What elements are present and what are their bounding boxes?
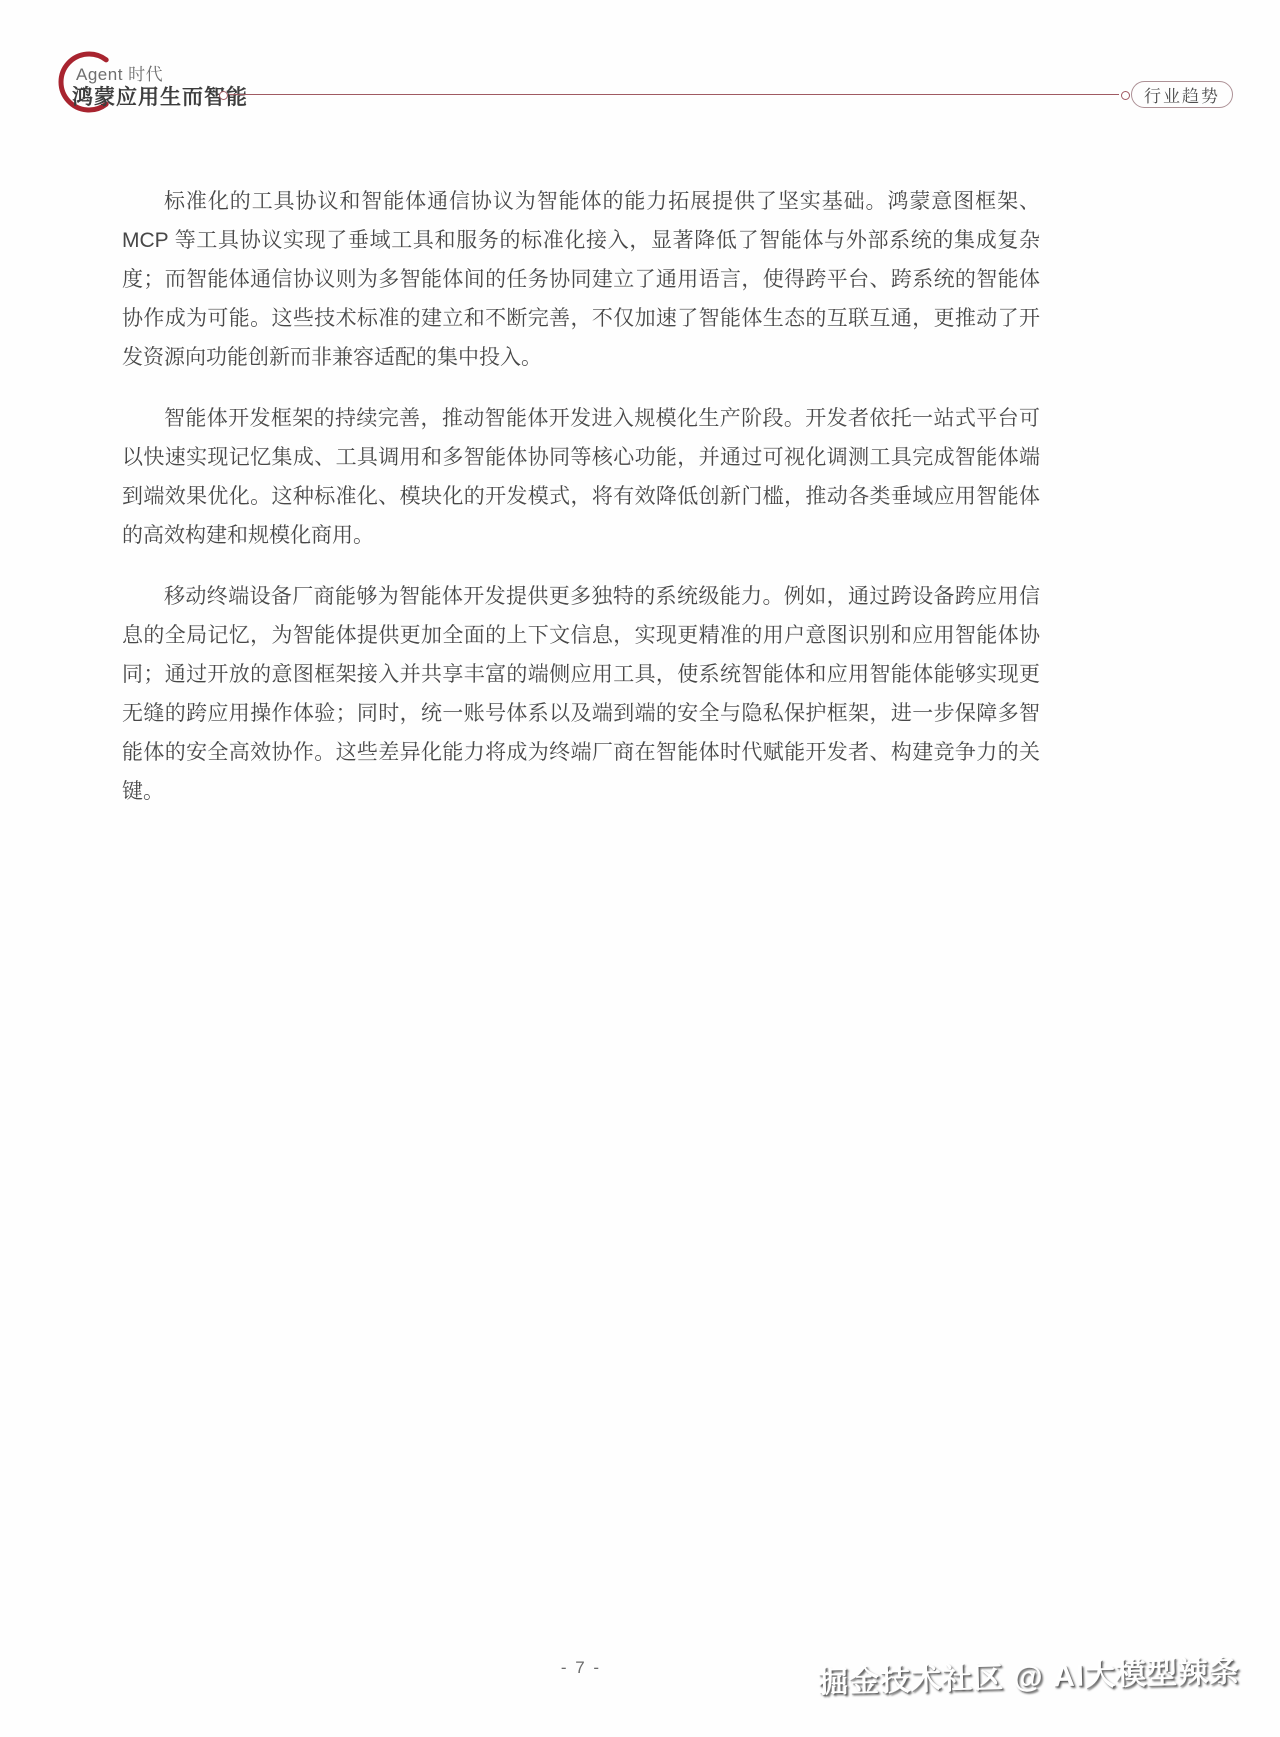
section-badge: 行业趋势 [1131, 81, 1233, 108]
header-divider-line [229, 94, 1119, 95]
paragraph-3: 移动终端设备厂商能够为智能体开发提供更多独特的系统级能力。例如，通过跨设备跨应用… [122, 577, 1040, 811]
rule-endpoint-dot-left [219, 91, 228, 100]
page-header: Agent 时代 鸿蒙应用生而智能 行业趋势 [0, 0, 1280, 130]
body-text: 标准化的工具协议和智能体通信协议为智能体的能力拓展提供了坚实基础。鸿蒙意图框架、… [122, 182, 1040, 811]
document-page: Agent 时代 鸿蒙应用生而智能 行业趋势 标准化的工具协议和智能体通信协议为… [0, 0, 1280, 1737]
paragraph-2: 智能体开发框架的持续完善，推动智能体开发进入规模化生产阶段。开发者依托一站式平台… [122, 399, 1040, 555]
rule-endpoint-dot-right [1121, 91, 1130, 100]
paragraph-1: 标准化的工具协议和智能体通信协议为智能体的能力拓展提供了坚实基础。鸿蒙意图框架、… [122, 182, 1040, 377]
watermark-text: 掘金技术社区 @ AI大模型辣条 [818, 1646, 1241, 1701]
